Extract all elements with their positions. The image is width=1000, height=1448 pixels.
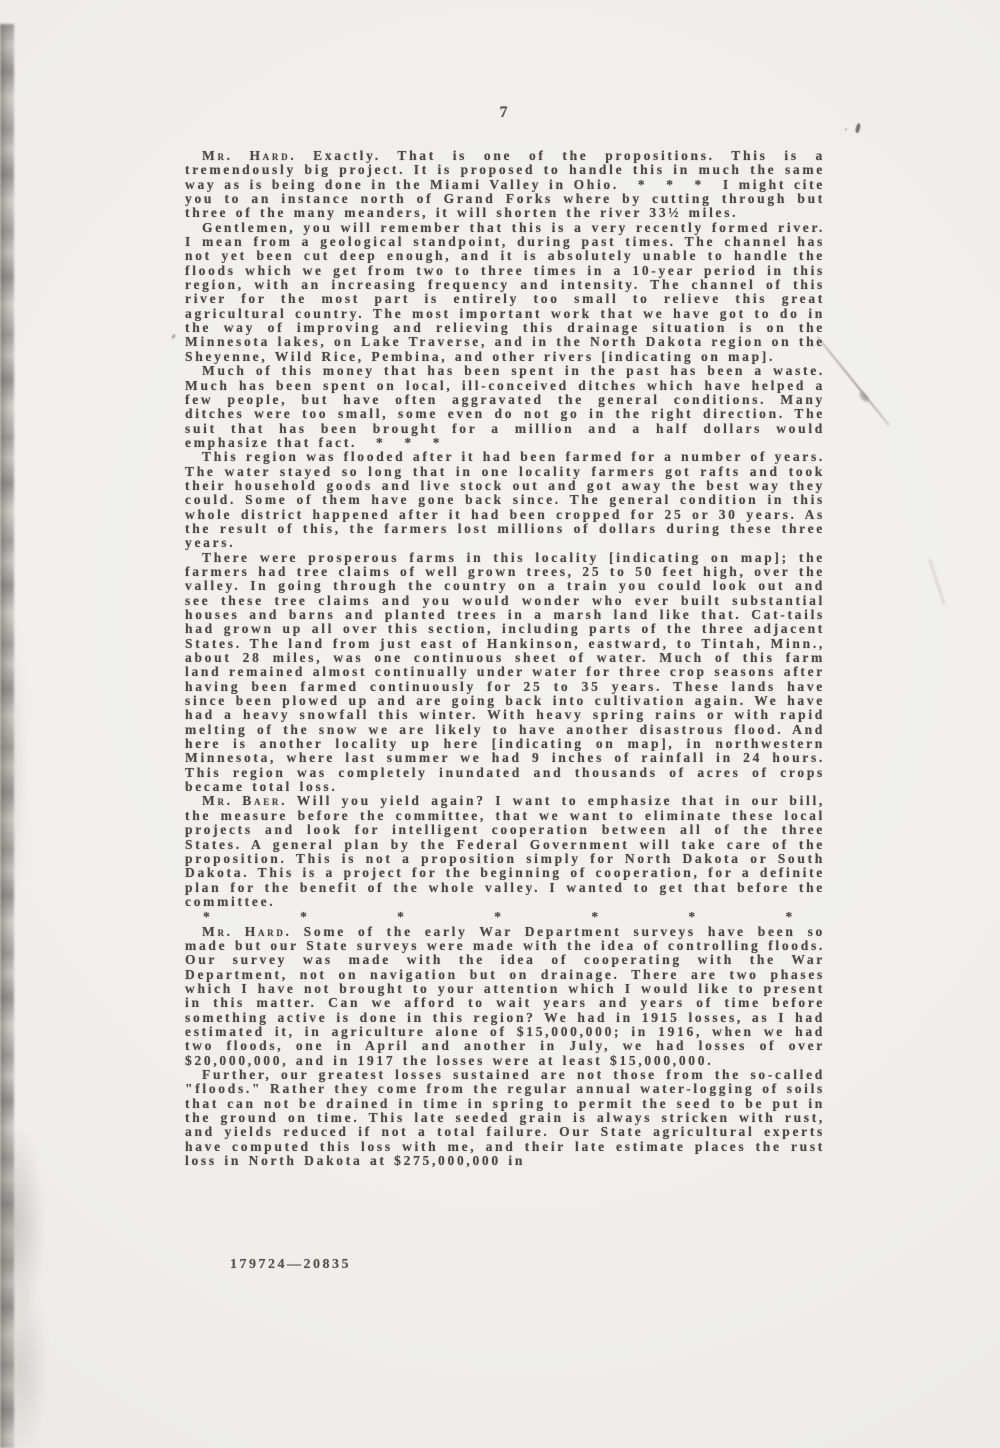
paragraph: Much of this money that has been spent i… [185,364,825,450]
speaker-name: Mr. Baer. [202,793,297,808]
paragraph: Mr. Hard. Some of the early War Departme… [185,925,825,1068]
asterisk: * [494,910,503,924]
scanned-document-page: 7 Mr. Hard. Exactly. That is one of the … [0,0,1000,1448]
asterisk-separator: ******* [185,909,825,924]
asterisk: * [203,910,212,924]
scratch-mark [929,559,946,605]
speaker-name: Mr. Hard. [202,924,304,939]
paragraph: Further, our greatest losses sustained a… [185,1068,825,1168]
ink-speck [855,123,861,134]
paragraph: Gentlemen, you will remember that this i… [185,221,825,364]
asterisk: * [785,910,794,924]
paragraph: Mr. Baer. Will you yield again? I want t… [185,794,825,909]
paragraph: There were prosperous farms in this loca… [185,551,825,795]
ink-speck [845,128,847,131]
asterisk: * [591,910,600,924]
speaker-name: Mr. Hard. [202,148,313,163]
scratch-mark [816,336,889,426]
document-text: Mr. Hard. Exactly. That is one of the pr… [185,149,825,1168]
asterisk: * [688,910,697,924]
asterisk: * [300,910,309,924]
paragraph: This region was flooded after it had bee… [185,450,825,550]
page-number: 7 [185,104,823,122]
asterisk: * [397,910,406,924]
ink-speck [171,334,176,340]
scan-smudge [0,1130,70,1448]
paragraph: Mr. Hard. Exactly. That is one of the pr… [185,149,825,221]
print-code: 179724—20835 [230,1257,351,1273]
scan-smudge [0,560,44,980]
